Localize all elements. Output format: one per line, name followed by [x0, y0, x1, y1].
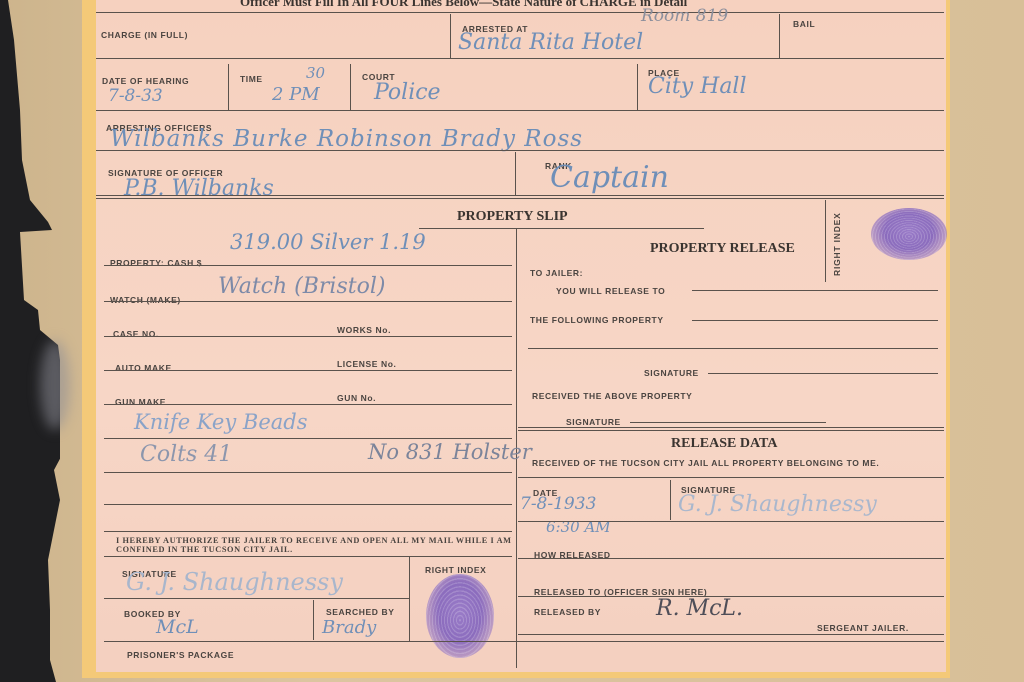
right-index-label-top: RIGHT INDEX: [832, 212, 842, 276]
released-by-value[interactable]: R. McL.: [656, 596, 743, 621]
time-value[interactable]: 2 PM: [272, 84, 320, 105]
arrest-record-form: Officer Must Fill In All FOUR Lines Belo…: [96, 0, 946, 672]
release-date-value[interactable]: 7-8-1933: [520, 494, 596, 514]
arresting-officers-value[interactable]: Wilbanks Burke Robinson Brady Ross: [110, 126, 583, 152]
date-of-hearing-value[interactable]: 7-8-33: [108, 86, 163, 106]
time-minutes-annotation: 30: [306, 64, 325, 82]
gun-no-label: GUN No.: [337, 393, 376, 403]
release-signature-1-label: SIGNATURE: [644, 368, 699, 378]
extra-property-line-2-right[interactable]: No 831 Holster: [368, 440, 532, 464]
to-jailer-label: TO JAILER:: [530, 268, 583, 278]
gun-make-label: GUN MAKE: [115, 397, 166, 407]
release-signature-value[interactable]: G. J. Shaughnessy: [678, 492, 877, 517]
release-statement: RECEIVED OF THE TUCSON CITY JAIL ALL PRO…: [532, 458, 879, 468]
header-instruction: Officer Must Fill In All FOUR Lines Belo…: [240, 0, 687, 10]
booked-by-value[interactable]: McL: [156, 616, 199, 638]
searched-by-label: SEARCHED BY: [326, 607, 394, 617]
following-property-label: THE FOLLOWING PROPERTY: [530, 315, 664, 325]
bail-label: BAIL: [793, 19, 815, 29]
searched-by-value[interactable]: Brady: [322, 617, 376, 638]
right-index-fingerprint-top: [871, 208, 947, 260]
extra-property-line-1[interactable]: Knife Key Beads: [134, 410, 308, 434]
charge-label: CHARGE (IN FULL): [101, 30, 188, 40]
release-signature-2-label: SIGNATURE: [566, 417, 621, 427]
released-by-label: RELEASED BY: [534, 607, 601, 617]
place-value[interactable]: City Hall: [648, 74, 747, 99]
room-annotation: Room 819: [641, 6, 728, 26]
received-above-property-label: RECEIVED THE ABOVE PROPERTY: [532, 391, 692, 401]
prisoner-signature-value[interactable]: G. J. Shaughnessy: [126, 568, 343, 596]
right-index-fingerprint-bottom: [426, 574, 494, 658]
rank-value[interactable]: Captain: [550, 160, 669, 195]
extra-property-line-2-left[interactable]: Colts 41: [140, 442, 232, 467]
release-data-title: RELEASE DATA: [671, 436, 777, 452]
license-no-label: LICENSE No.: [337, 359, 397, 369]
watch-label: WATCH (MAKE): [110, 295, 181, 305]
property-release-title: PROPERTY RELEASE: [650, 241, 795, 257]
prisoners-package-label: PRISONER'S PACKAGE: [127, 650, 234, 660]
property-slip-title: PROPERTY SLIP: [457, 209, 568, 225]
date-of-hearing-label: DATE OF HEARING: [102, 76, 189, 86]
glare-spot: [40, 340, 70, 430]
release-to-label: YOU WILL RELEASE TO: [556, 286, 665, 296]
cash-value[interactable]: 319.00 Silver 1.19: [230, 230, 426, 254]
court-value[interactable]: Police: [374, 80, 441, 105]
time-label: TIME: [240, 74, 263, 84]
case-no-label: CASE NO.: [113, 329, 159, 339]
watch-value[interactable]: Watch (Bristol): [218, 274, 385, 299]
cash-label: PROPERTY: CASH $: [110, 258, 202, 268]
works-no-label: WORKS No.: [337, 325, 391, 335]
auto-make-label: AUTO MAKE: [115, 363, 172, 373]
arrested-at-value[interactable]: Santa Rita Hotel: [458, 30, 643, 55]
mail-authorization-text: I HEREBY AUTHORIZE THE JAILER TO RECEIVE…: [116, 536, 516, 554]
sergeant-jailer-label: SERGEANT JAILER.: [817, 623, 909, 633]
